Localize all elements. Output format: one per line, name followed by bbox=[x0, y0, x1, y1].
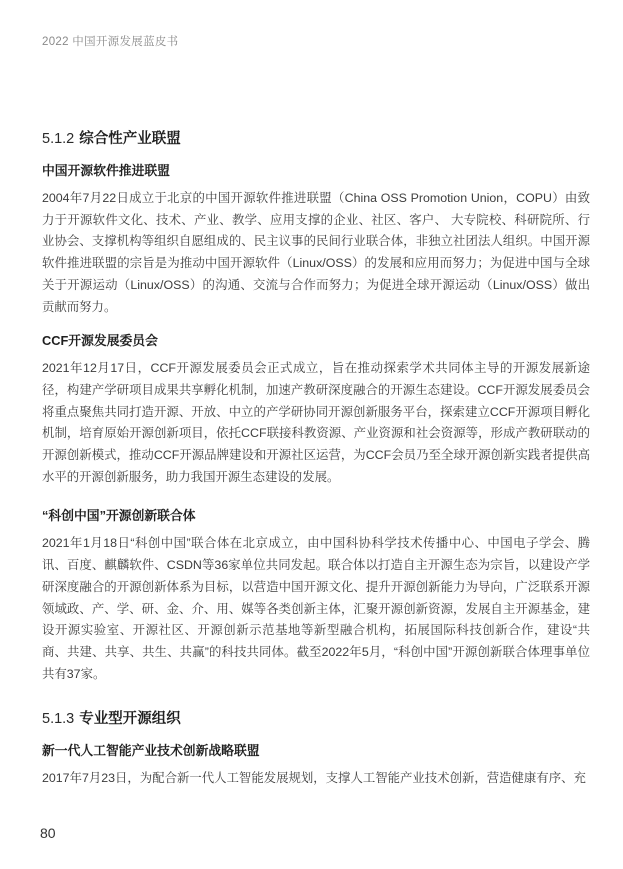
section-number: 5.1.3 bbox=[42, 711, 74, 727]
subsection-title-kechuang-china: “科创中国”开源创新联合体 bbox=[42, 508, 590, 524]
paragraph-copu: 2004年7月22日成立于北京的中国开源软件推进联盟（China OSS Pro… bbox=[42, 188, 590, 318]
running-header: 2022 中国开源发展蓝皮书 bbox=[42, 33, 178, 49]
paragraph-ai-alliance: 2017年7月23日，为配合新一代人工智能发展规划，支撑人工智能产业技术创新，营… bbox=[42, 768, 590, 790]
section-title: 专业型开源组织 bbox=[79, 711, 181, 727]
page-content: 5.1.2综合性产业联盟 中国开源软件推进联盟 2004年7月22日成立于北京的… bbox=[42, 131, 590, 790]
subsection-title-ai-alliance: 新一代人工智能产业技术创新战略联盟 bbox=[42, 743, 590, 759]
section-number: 5.1.2 bbox=[42, 131, 74, 147]
paragraph-ccf: 2021年12月17日，CCF开源发展委员会正式成立，旨在推动探索学术共同体主导… bbox=[42, 358, 590, 488]
subsection-title-copu: 中国开源软件推进联盟 bbox=[42, 163, 590, 179]
section-heading-5-1-2: 5.1.2综合性产业联盟 bbox=[42, 131, 590, 148]
section-heading-5-1-3: 5.1.3专业型开源组织 bbox=[42, 711, 590, 728]
section-title: 综合性产业联盟 bbox=[79, 131, 181, 147]
page-number: 80 bbox=[40, 825, 56, 841]
document-page: 2022 中国开源发展蓝皮书 5.1.2综合性产业联盟 中国开源软件推进联盟 2… bbox=[0, 0, 623, 869]
subsection-title-ccf: CCF开源发展委员会 bbox=[42, 333, 590, 349]
paragraph-kechuang-china: 2021年1月18日“科创中国”联合体在北京成立，由中国科协科学技术传播中心、中… bbox=[42, 533, 590, 685]
